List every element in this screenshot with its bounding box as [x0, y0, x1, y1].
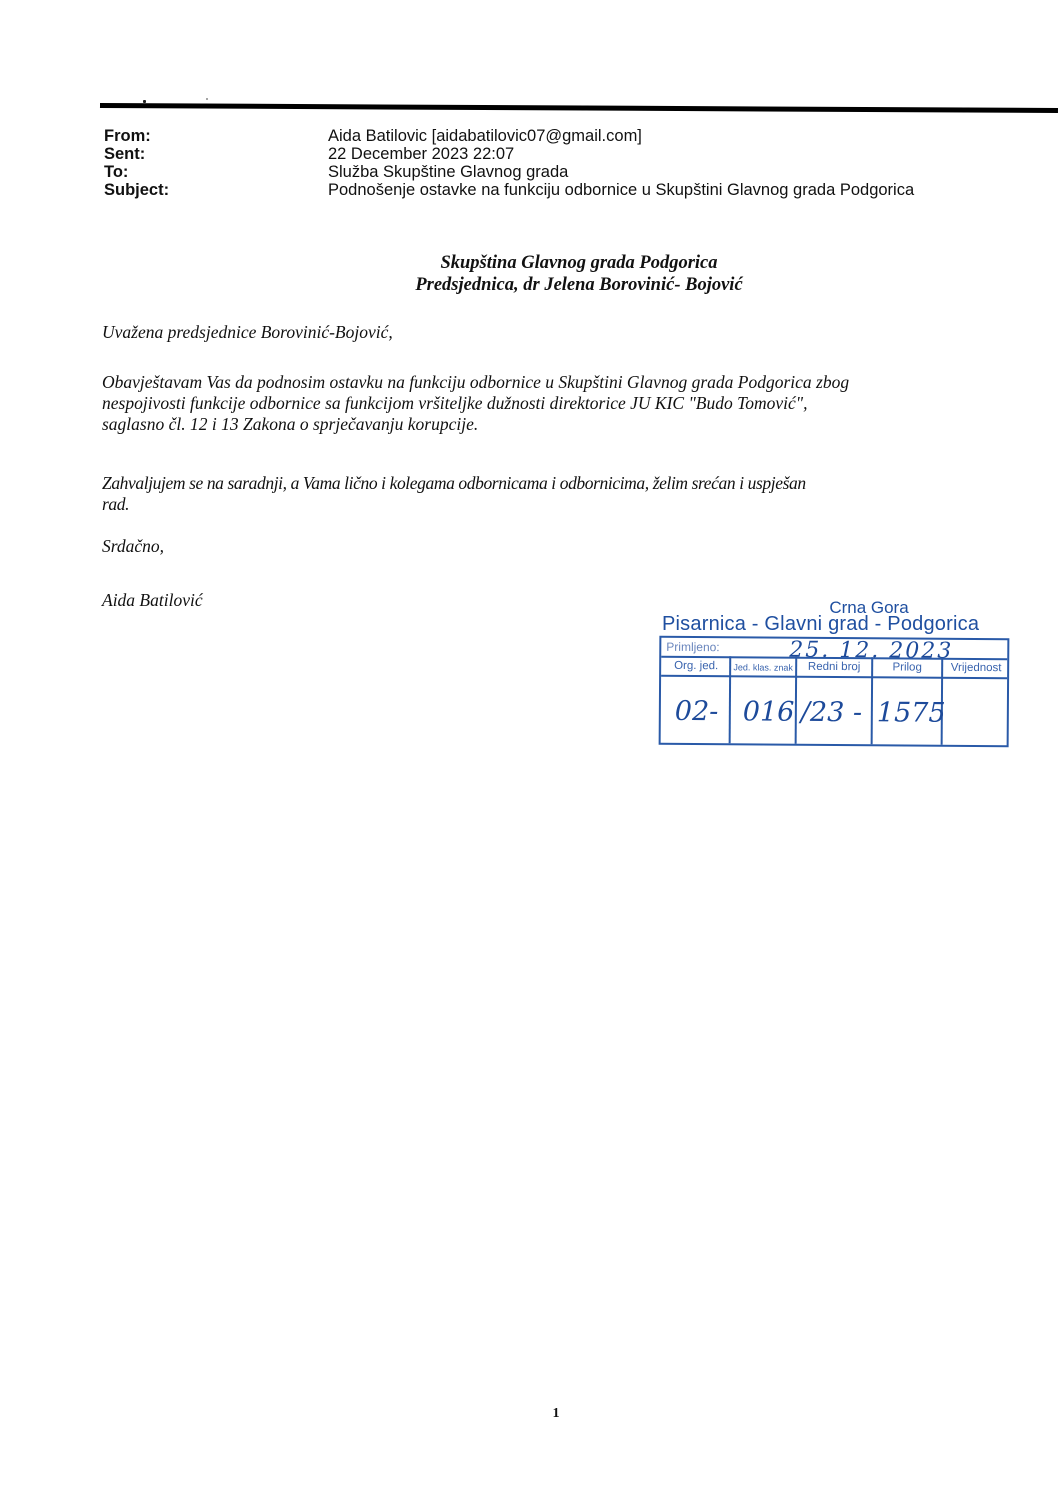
header-divider [100, 103, 1058, 113]
scan-speck [206, 98, 208, 100]
subject-value: Podnošenje ostavke na funkciju odbornice… [328, 181, 914, 199]
stamp-col-value: Vrijednost [943, 662, 1009, 674]
paragraph-line: nespojivosti funkcije odbornice sa funkc… [102, 393, 1032, 414]
subject-label: Subject: [104, 181, 328, 199]
closing: Srdačno, [102, 536, 1032, 557]
paragraph-line: rad. [102, 494, 1032, 515]
stamp-value-attachment: 1575 [877, 697, 946, 728]
recipient-block: Skupština Glavnog grada Podgorica Predsj… [0, 252, 1058, 296]
to-value: Služba Skupštine Glavnog grada [328, 163, 568, 181]
stamp-value-org-unit: 02- [675, 696, 719, 727]
from-value: Aida Batilovic [aidabatilovic07@gmail.co… [328, 127, 642, 145]
scan-speck [143, 100, 146, 103]
recipient-institution: Skupština Glavnog grada Podgorica [100, 252, 1058, 274]
paragraph-resignation: Obavještavam Vas da podnosim ostavku na … [102, 372, 1032, 435]
recipient-person: Predsjednica, dr Jelena Borovinić- Bojov… [100, 274, 1058, 296]
paragraph-line: Zahvaljujem se na saradnji, a Vama lično… [102, 473, 1032, 494]
stamp-col-attachment: Prilog [873, 661, 941, 673]
stamp-value-serial-number: /23 - [801, 697, 862, 728]
header-row-sent: Sent: 22 December 2023 22:07 [104, 145, 914, 163]
registry-stamp: Crna Gora Pisarnica - Glavni grad - Podg… [656, 598, 1012, 750]
stamp-col-org-unit: Org. jed. [663, 660, 729, 672]
stamp-col-class-code: Jed. klas. znak [731, 662, 795, 672]
paragraph-thanks: Zahvaljujem se na saradnji, a Vama lično… [102, 473, 1032, 515]
from-label: From: [104, 127, 328, 145]
header-row-subject: Subject: Podnošenje ostavke na funkciju … [104, 181, 914, 199]
sent-label: Sent: [104, 145, 328, 163]
stamp-col-serial-number: Redni broj [797, 661, 871, 674]
paragraph-line: saglasno čl. 12 i 13 Zakona o sprječavan… [102, 414, 1032, 435]
document-page: From: Aida Batilovic [aidabatilovic07@gm… [0, 0, 1058, 1497]
stamp-received-label: Primljeno: [666, 640, 719, 654]
email-header: From: Aida Batilovic [aidabatilovic07@gm… [104, 127, 914, 199]
sent-value: 22 December 2023 22:07 [328, 145, 514, 163]
paragraph-line: Obavještavam Vas da podnosim ostavku na … [102, 372, 1032, 393]
salutation: Uvažena predsjednice Borovinić-Bojović, [102, 322, 1032, 343]
stamp-value-class-code: 016 [743, 696, 795, 727]
page-number: 1 [0, 1406, 1058, 1422]
stamp-title: Pisarnica - Glavni grad - Podgorica [662, 613, 979, 636]
header-row-to: To: Služba Skupštine Glavnog grada [104, 163, 914, 181]
header-row-from: From: Aida Batilovic [aidabatilovic07@gm… [104, 127, 914, 145]
to-label: To: [104, 163, 328, 181]
stamp-divider [661, 675, 1007, 679]
stamp-grid: Primljeno: 25. 12. 2023 Org. jed. Jed. k… [659, 636, 1010, 747]
